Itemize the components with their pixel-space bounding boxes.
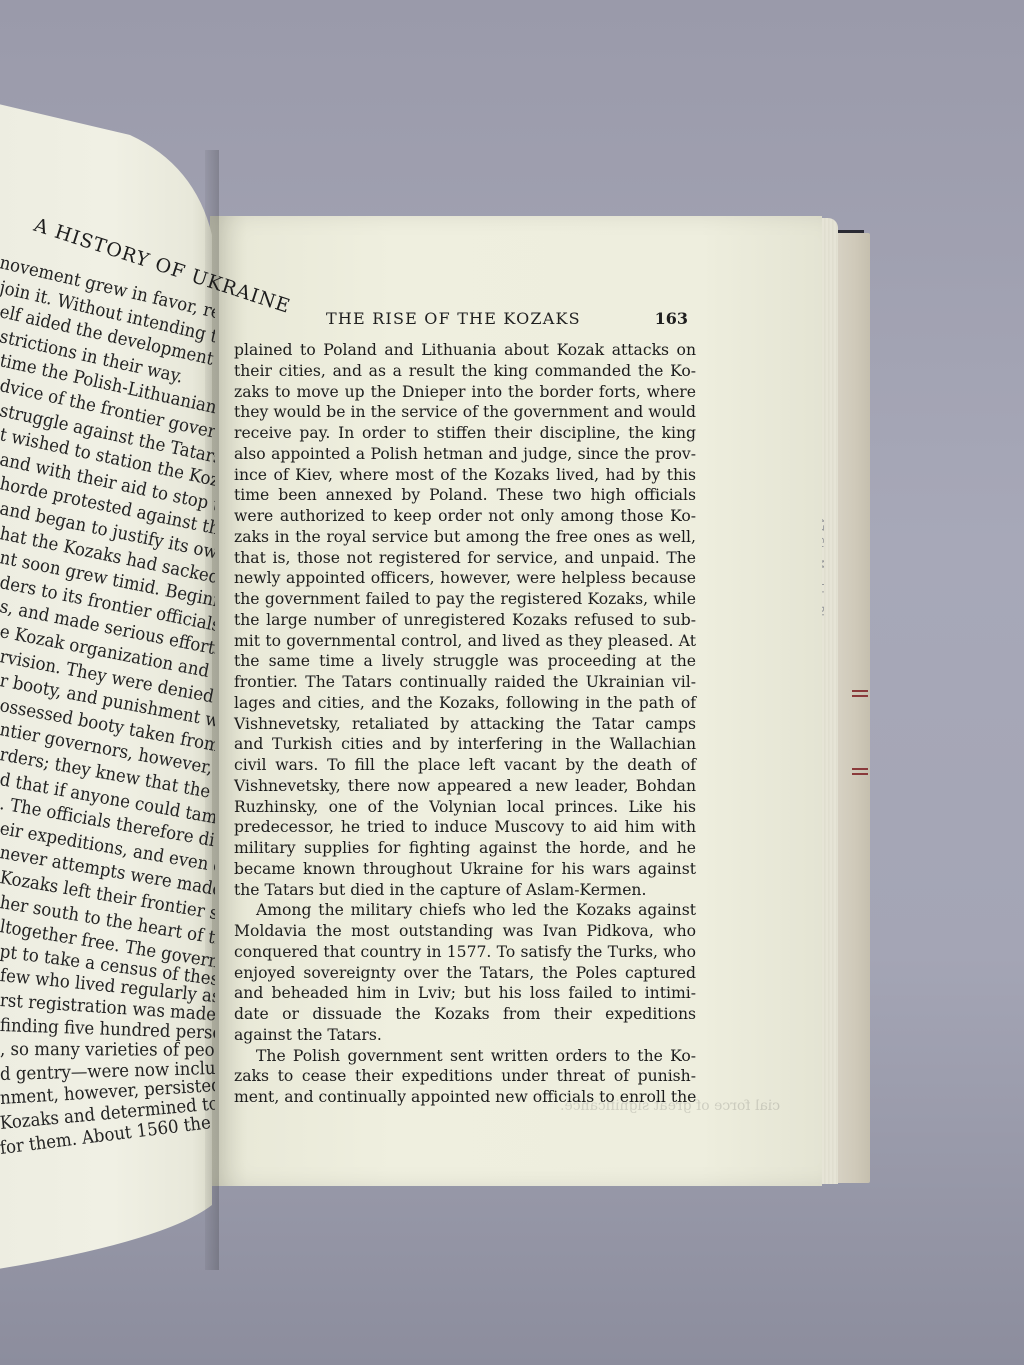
red-mark [852,695,868,697]
text-line: newly appointed officers, however, were … [234,568,696,589]
page-body: plained to Poland and Lithuania about Ko… [234,340,696,1108]
text-line: the government failed to pay the registe… [234,589,696,610]
text-line: also appointed a Polish hetman and judge… [234,444,696,465]
text-line: against the Tatars. [234,1025,696,1046]
text-line: plained to Poland and Lithuania about Ko… [234,340,696,361]
text-line: lages and cities, and the Kozaks, follow… [234,693,696,714]
text-line: time been annexed by Poland. These two h… [234,485,696,506]
text-line: became known throughout Ukraine for his … [234,859,696,880]
running-head: THE RISE OF THE KOZAKS 163 [234,309,698,333]
text-line: they would be in the service of the gove… [234,402,696,423]
text-line: Moldavia the most outstanding was Ivan P… [234,921,696,942]
text-line: their cities, and as a result the king c… [234,361,696,382]
text-line: date or dissuade the Kozaks from their e… [234,1004,696,1025]
text-line: were authorized to keep order not only a… [234,506,696,527]
text-line: Among the military chiefs who led the Ko… [234,900,696,921]
text-line: and Turkish cities and by interfering in… [234,734,696,755]
text-line: zaks to cease their expeditions under th… [234,1066,696,1087]
left-page-body: novement grew in favor, recruits flocked… [0,0,215,1365]
back-cover-board [834,233,870,1183]
text-line: frontier. The Tatars continually raided … [234,672,696,693]
text-line: Ruzhinsky, one of the Volynian local pri… [234,797,696,818]
red-mark [852,768,868,770]
text-line: civil wars. To fill the place left vacan… [234,755,696,776]
text-line: The Polish government sent written order… [234,1046,696,1067]
text-line: military supplies for fighting against t… [234,838,696,859]
text-line: receive pay. In order to stiffen their d… [234,423,696,444]
text-line: predecessor, he tried to induce Muscovy … [234,817,696,838]
chapter-title: THE RISE OF THE KOZAKS [326,309,581,328]
page-number: 163 [655,309,688,328]
text-line: zaks in the royal service but among the … [234,527,696,548]
text-line: zaks to move up the Dnieper into the bor… [234,382,696,403]
text-line: mit to governmental control, and lived a… [234,631,696,652]
text-line: the same time a lively struggle was proc… [234,651,696,672]
text-line: that is, those not registered for servic… [234,548,696,569]
text-line: ince of Kiev, where most of the Kozaks l… [234,465,696,486]
text-line: the Tatars but died in the capture of As… [234,880,696,901]
red-mark [852,690,868,692]
text-line: enjoyed sovereignty over the Tatars, the… [234,963,696,984]
book-photo: New York, N.Y. 10003 — 47 St. Mark's Pla… [0,0,1024,1365]
red-mark [852,773,868,775]
text-line: conquered that country in 1577. To satis… [234,942,696,963]
text-line: Vishnevetsky, there now appeared a new l… [234,776,696,797]
text-line: Vishnevetsky, retaliated by attacking th… [234,714,696,735]
bleed-through-text: cial force of great significance. [560,1098,780,1114]
text-line: the large number of unregistered Kozaks … [234,610,696,631]
text-line: and beheaded him in Lviv; but his loss f… [234,983,696,1004]
